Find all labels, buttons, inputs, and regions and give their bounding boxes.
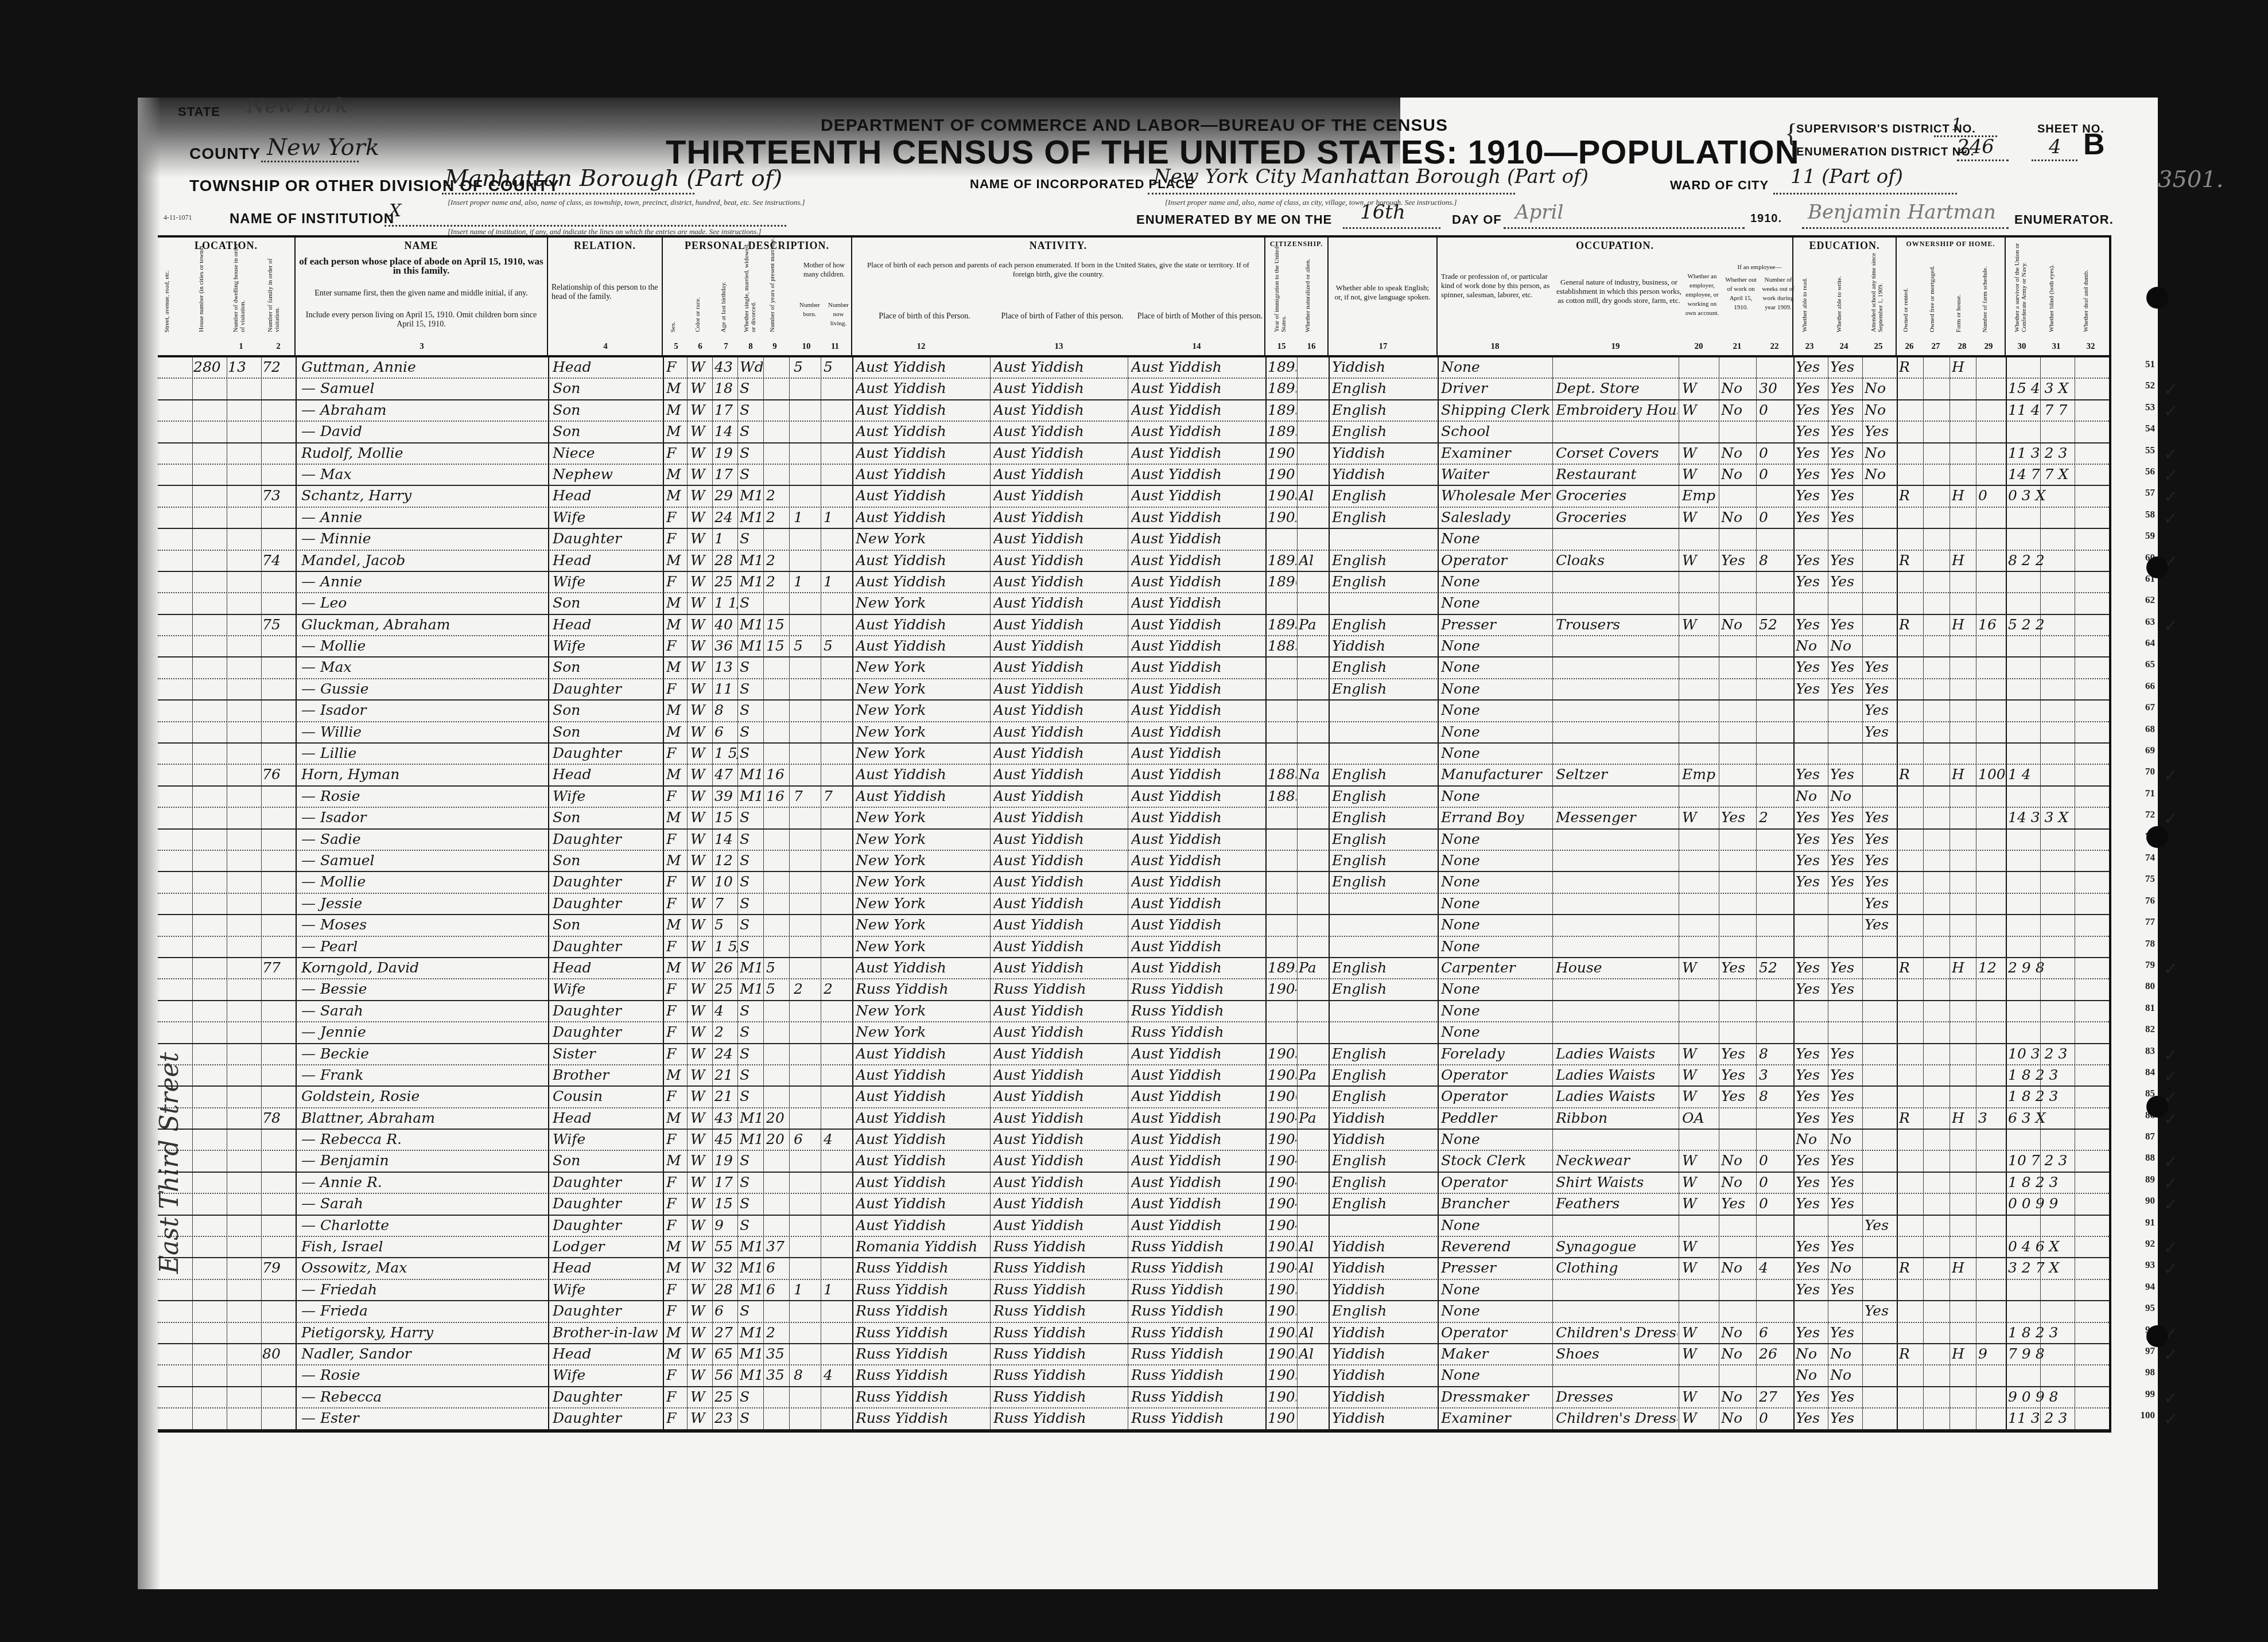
table-row: 73Schantz, HarryHeadMW29M12Aust YiddishA…	[158, 486, 2109, 507]
cell-natz: Al	[1299, 1324, 1327, 1341]
cell-name: Rudolf, Mollie	[301, 445, 545, 461]
enumerator-label: Enumerator.	[2014, 212, 2114, 227]
cell-sex: F	[666, 1088, 686, 1104]
cell-name: Goldstein, Rosie	[301, 1088, 545, 1104]
cell-emp: Emp	[1682, 766, 1718, 783]
cell-mother: Aust Yiddish	[1131, 509, 1264, 526]
cell-relation: Son	[553, 594, 662, 611]
table-row: — SarahDaughterFW4SNew YorkAust YiddishR…	[158, 1001, 2109, 1022]
cell-code: 1 8 2 3	[2008, 1067, 2108, 1083]
cell-mother: Aust Yiddish	[1131, 359, 1264, 375]
cell-industry: Dresses	[1556, 1388, 1677, 1405]
cell-immig: 1904	[1268, 1217, 1296, 1234]
check-mark-icon: ✓	[2164, 402, 2178, 422]
cell-own: R	[1899, 1259, 1922, 1276]
cell-read: Yes	[1796, 487, 1827, 504]
cell-birth: Aust Yiddish	[856, 1195, 989, 1212]
cell-immig: 1899	[1268, 423, 1296, 439]
cell-race: W	[690, 1367, 710, 1383]
cell-years-married: 6	[766, 1281, 789, 1298]
table-row: — MollieWifeFW36M11555Aust YiddishAust Y…	[158, 636, 2109, 657]
cell-immig: 1905	[1268, 1045, 1296, 1062]
cell-relation: Wife	[553, 788, 662, 804]
cell-age: 17	[714, 466, 737, 483]
cell-marital: S	[740, 1302, 763, 1319]
cell-mother: Aust Yiddish	[1131, 873, 1264, 890]
cell-industry: Messenger	[1556, 809, 1677, 826]
cell-mother: Russ Yiddish	[1131, 1388, 1264, 1405]
cell-birth: New York	[856, 895, 989, 912]
cell-birth: New York	[856, 530, 989, 547]
cell-race: W	[690, 1024, 710, 1040]
cell-occupation: Operator	[1441, 1088, 1551, 1104]
cell-language: Yiddish	[1332, 359, 1436, 375]
cell-birth: Aust Yiddish	[856, 1174, 989, 1190]
cell-birth: Russ Yiddish	[856, 1367, 989, 1383]
cell-occupation: Forelady	[1441, 1045, 1551, 1062]
cell-industry: Ribbon	[1556, 1110, 1677, 1126]
cell-marital: M1	[740, 959, 763, 976]
cell-father: Aust Yiddish	[993, 1174, 1127, 1190]
cell-immig: 1889	[1268, 788, 1296, 804]
cell-birth: Aust Yiddish	[856, 402, 989, 418]
cell-mother: Russ Yiddish	[1131, 1367, 1264, 1383]
cell-out-work: No	[1721, 1259, 1756, 1276]
cell-code: 0 0 9 9	[2008, 1195, 2108, 1212]
cell-code: 5 2 2	[2008, 616, 2108, 633]
cell-immig: 1904	[1268, 1259, 1296, 1276]
line-number: 81	[2145, 1002, 2155, 1014]
cell-age: 40	[714, 616, 737, 633]
cell-occupation: None	[1441, 895, 1551, 912]
cell-read: Yes	[1796, 1174, 1827, 1190]
cell-occupation: Examiner	[1441, 1410, 1551, 1426]
cell-occupation: Examiner	[1441, 445, 1551, 461]
line-number: 59	[2145, 530, 2155, 542]
cell-relation: Head	[553, 959, 662, 976]
cell-relation: Son	[553, 702, 662, 718]
cell-language: English	[1332, 423, 1436, 439]
line-number: 95	[2145, 1302, 2155, 1314]
cell-sex: F	[666, 1131, 686, 1147]
cell-relation: Daughter	[553, 1024, 662, 1040]
cell-relation: Head	[553, 1259, 662, 1276]
cell-immig: 1906	[1268, 1088, 1296, 1104]
cell-write: Yes	[1830, 1324, 1862, 1341]
cell-father: Russ Yiddish	[993, 1281, 1127, 1298]
cell-marital: M1	[740, 573, 763, 590]
cell-mother: Aust Yiddish	[1131, 1174, 1264, 1190]
cell-father: Aust Yiddish	[993, 637, 1127, 654]
cell-write: Yes	[1830, 1195, 1862, 1212]
cell-industry: Ladies Waists	[1556, 1045, 1677, 1062]
cell-mother: Aust Yiddish	[1131, 530, 1264, 547]
cell-write: Yes	[1830, 1045, 1862, 1062]
cell-occupation: None	[1441, 1024, 1551, 1040]
table-row: 74Mandel, JacobHeadMW28M12Aust YiddishAu…	[158, 551, 2109, 572]
cell-sex: M	[666, 402, 686, 418]
cell-race: W	[690, 916, 710, 933]
cell-birth: New York	[856, 873, 989, 890]
cell-race: W	[690, 1174, 710, 1190]
cell-birth: Aust Yiddish	[856, 766, 989, 783]
cell-code: 11 3 2 3	[2008, 445, 2108, 461]
ed-value: 246	[1957, 135, 1994, 158]
cell-birth: Russ Yiddish	[856, 1259, 989, 1276]
cell-age: 24	[714, 509, 737, 526]
cell-age: 23	[714, 1410, 737, 1426]
cell-years-married: 20	[766, 1131, 789, 1147]
cell-relation: Wife	[553, 573, 662, 590]
cell-marital: M1	[740, 487, 763, 504]
cell-language: Yiddish	[1332, 1281, 1436, 1298]
cell-sex: M	[666, 1110, 686, 1126]
line-number: 99	[2145, 1388, 2155, 1400]
cell-race: W	[690, 702, 710, 718]
cell-relation: Wife	[553, 980, 662, 997]
cell-race: W	[690, 1131, 710, 1147]
cell-marital: S	[740, 1002, 763, 1019]
cell-school: Yes	[1865, 680, 1896, 697]
cell-sex: F	[666, 1174, 686, 1190]
cell-age: 14	[714, 423, 737, 439]
cell-sex: F	[666, 1217, 686, 1234]
cell-weeks: 30	[1759, 380, 1792, 396]
cell-occupation: None	[1441, 1217, 1551, 1234]
cell-language: English	[1332, 552, 1436, 569]
cell-school: Yes	[1865, 895, 1896, 912]
table-row: 76Horn, HymanHeadMW47M116Aust YiddishAus…	[158, 765, 2109, 786]
cell-weeks: 8	[1759, 1045, 1792, 1062]
cell-living: 1	[824, 1281, 849, 1298]
line-number: 79	[2145, 959, 2155, 971]
cell-write: Yes	[1830, 1281, 1862, 1298]
cell-name: — Max	[301, 659, 545, 675]
cell-age: 17	[714, 1174, 737, 1190]
cell-marital: S	[740, 530, 763, 547]
cell-relation: Brother	[553, 1067, 662, 1083]
cell-immig: 1907	[1268, 466, 1296, 483]
cell-relation: Daughter	[553, 1302, 662, 1319]
institution-line	[385, 225, 786, 227]
cell-sched: 16	[1978, 616, 2005, 633]
line-number: 83	[2145, 1045, 2155, 1057]
header-name: NAME of each person whose place of abode…	[296, 238, 548, 355]
cell-sex: F	[666, 445, 686, 461]
cell-relation: Brother-in-law	[553, 1324, 662, 1341]
cell-race: W	[690, 1259, 710, 1276]
county-label: County	[189, 145, 261, 163]
cell-occupation: None	[1441, 659, 1551, 675]
cell-name: — Abraham	[301, 402, 545, 418]
cell-weeks: 3	[1759, 1067, 1792, 1083]
cell-sex: F	[666, 831, 686, 847]
cell-marital: S	[740, 1067, 763, 1083]
cell-father: Aust Yiddish	[993, 852, 1127, 869]
table-row: — AnnieWifeFW24M1211Aust YiddishAust Yid…	[158, 508, 2109, 529]
cell-write: Yes	[1830, 573, 1862, 590]
cell-read: Yes	[1796, 1410, 1827, 1426]
cell-birth: New York	[856, 938, 989, 955]
cell-birth: New York	[856, 1024, 989, 1040]
cell-natz: Al	[1299, 1259, 1327, 1276]
cell-relation: Head	[553, 1110, 662, 1126]
cell-write: Yes	[1830, 680, 1862, 697]
cell-mother: Aust Yiddish	[1131, 809, 1264, 826]
table-row: 75Gluckman, AbrahamHeadMW40M115Aust Yidd…	[158, 615, 2109, 636]
cell-marital: M1	[740, 509, 763, 526]
cell-school: Yes	[1865, 659, 1896, 675]
cell-name: Pietigorsky, Harry	[301, 1324, 545, 1341]
cell-father: Aust Yiddish	[993, 916, 1127, 933]
cell-language: English	[1332, 766, 1436, 783]
ward-line	[1773, 193, 1957, 194]
cell-marital: M1	[740, 1367, 763, 1383]
table-row: Rudolf, MollieNieceFW19SAust YiddishAust…	[158, 443, 2109, 465]
cell-code: 1 8 2 3	[2008, 1088, 2108, 1104]
line-number: 71	[2145, 788, 2155, 799]
table-row: — FriedaDaughterFW6SRuss YiddishRuss Yid…	[158, 1301, 2109, 1322]
cell-race: W	[690, 1045, 710, 1062]
cell-birth: Aust Yiddish	[856, 1152, 989, 1169]
cell-name: — Rebecca	[301, 1388, 545, 1405]
cell-read: Yes	[1796, 873, 1827, 890]
cell-name: — Jennie	[301, 1024, 545, 1040]
cell-family: 76	[262, 766, 294, 783]
check-mark-icon: ✓	[2164, 1388, 2178, 1408]
cell-write: No	[1830, 1259, 1862, 1276]
check-mark-icon: ✓	[2164, 1259, 2178, 1279]
cell-marital: S	[740, 895, 763, 912]
cell-father: Aust Yiddish	[993, 895, 1127, 912]
cell-read: Yes	[1796, 573, 1827, 590]
cell-immig: 1904	[1268, 1174, 1296, 1190]
table-row: Pietigorsky, HarryBrother-in-lawMW27M12R…	[158, 1323, 2109, 1344]
cell-weeks: 0	[1759, 445, 1792, 461]
cell-immig: 1902	[1268, 509, 1296, 526]
line-number: 55	[2145, 445, 2155, 456]
cell-mother: Aust Yiddish	[1131, 594, 1264, 611]
cell-race: W	[690, 1281, 710, 1298]
cell-out-work: No	[1721, 1152, 1756, 1169]
cell-read: Yes	[1796, 680, 1827, 697]
cell-age: 18	[714, 380, 737, 396]
table-row: — MinnieDaughterFW1SNew YorkAust Yiddish…	[158, 529, 2109, 550]
cell-name: Guttman, Annie	[301, 359, 545, 375]
cell-read: No	[1796, 1345, 1827, 1362]
cell-mother: Aust Yiddish	[1131, 423, 1264, 439]
table-body: 2801372Guttman, AnnieHeadFW43Wd55Aust Yi…	[158, 357, 2109, 1430]
table-row: — PearlDaughterFW1 5/12SNew YorkAust Yid…	[158, 937, 2109, 958]
cell-language: English	[1332, 573, 1436, 590]
cell-occupation: None	[1441, 852, 1551, 869]
cell-relation: Daughter	[553, 873, 662, 890]
cell-age: 24	[714, 1045, 737, 1062]
cell-marital: S	[740, 1174, 763, 1190]
cell-read: Yes	[1796, 959, 1827, 976]
cell-write: No	[1830, 1131, 1862, 1147]
cell-relation: Son	[553, 852, 662, 869]
table-row: — IsadorSonMW8SNew YorkAust YiddishAust …	[158, 701, 2109, 722]
cell-age: 55	[714, 1238, 737, 1255]
cell-birth: Russ Yiddish	[856, 1302, 989, 1319]
cell-weeks: 8	[1759, 1088, 1792, 1104]
cell-emp: W	[1682, 1067, 1718, 1083]
header-occupation: OCCUPATION. Trade or profession of, or p…	[1438, 238, 1793, 355]
cell-emp: W	[1682, 552, 1718, 569]
cell-code: 0 3 X	[2008, 487, 2108, 504]
table-row: — FriedahWifeFW28M1611Russ YiddishRuss Y…	[158, 1280, 2109, 1301]
cell-farm: H	[1952, 959, 1975, 976]
cell-mother: Aust Yiddish	[1131, 723, 1264, 740]
cell-industry: Shirt Waists	[1556, 1174, 1677, 1190]
cell-born: 1	[794, 573, 817, 590]
cell-relation: Daughter	[553, 680, 662, 697]
cell-race: W	[690, 1388, 710, 1405]
cell-father: Aust Yiddish	[993, 530, 1127, 547]
cell-relation: Daughter	[553, 1217, 662, 1234]
cell-write: Yes	[1830, 1110, 1862, 1126]
cell-sex: F	[666, 873, 686, 890]
cell-marital: S	[740, 916, 763, 933]
cell-occupation: None	[1441, 788, 1551, 804]
cell-immig: 1899	[1268, 959, 1296, 976]
cell-school: No	[1865, 402, 1896, 418]
cell-sex: M	[666, 616, 686, 633]
cell-occupation: Carpenter	[1441, 959, 1551, 976]
cell-emp: W	[1682, 809, 1718, 826]
cell-language: English	[1332, 788, 1436, 804]
month-line	[1504, 227, 1745, 229]
cell-mother: Aust Yiddish	[1131, 1217, 1264, 1234]
cell-read: No	[1796, 637, 1827, 654]
table-row: Goldstein, RosieCousinFW21SAust YiddishA…	[158, 1087, 2109, 1108]
cell-age: 5	[714, 916, 737, 933]
cell-marital: M1	[740, 552, 763, 569]
cell-read: Yes	[1796, 852, 1827, 869]
cell-write: Yes	[1830, 873, 1862, 890]
cell-marital: S	[740, 745, 763, 761]
line-number: 66	[2145, 680, 2155, 692]
cell-years-married: 5	[766, 980, 789, 997]
cell-father: Aust Yiddish	[993, 766, 1127, 783]
cell-name: Gluckman, Abraham	[301, 616, 545, 633]
cell-relation: Head	[553, 766, 662, 783]
cell-race: W	[690, 445, 710, 461]
cell-mother: Aust Yiddish	[1131, 680, 1264, 697]
cell-father: Aust Yiddish	[993, 659, 1127, 675]
cell-immig: 1903	[1268, 487, 1296, 504]
cell-years-married: 2	[766, 1324, 789, 1341]
check-mark-icon: ✓	[2164, 616, 2178, 636]
cell-born: 1	[794, 1281, 817, 1298]
cell-relation: Sister	[553, 1045, 662, 1062]
cell-sex: M	[666, 466, 686, 483]
cell-occupation: Dressmaker	[1441, 1388, 1551, 1405]
year-label: 1910.	[1750, 212, 1782, 225]
cell-out-work: No	[1721, 1410, 1756, 1426]
cell-language: English	[1332, 1302, 1436, 1319]
cell-age: 1 5/12	[714, 938, 737, 955]
cell-marital: S	[740, 466, 763, 483]
cell-weeks: 0	[1759, 1195, 1792, 1212]
cell-weeks: 6	[1759, 1324, 1792, 1341]
cell-birth: New York	[856, 745, 989, 761]
cell-write: Yes	[1830, 380, 1862, 396]
cell-write: No	[1830, 637, 1862, 654]
cell-immig: 1909	[1268, 1324, 1296, 1341]
check-mark-icon: ✓	[2164, 380, 2178, 400]
cell-write: Yes	[1830, 466, 1862, 483]
cell-marital: M1	[740, 1324, 763, 1341]
cell-name: — Annie	[301, 573, 545, 590]
line-number: 51	[2145, 359, 2155, 370]
cell-occupation: Operator	[1441, 552, 1551, 569]
cell-language: English	[1332, 1152, 1436, 1169]
cell-name: — David	[301, 423, 545, 439]
cell-occupation: None	[1441, 938, 1551, 955]
cell-sex: F	[666, 1367, 686, 1383]
cell-father: Russ Yiddish	[993, 1367, 1127, 1383]
cell-born: 2	[794, 980, 817, 997]
cell-name: — Frank	[301, 1067, 545, 1083]
cell-race: W	[690, 1195, 710, 1212]
cell-age: 43	[714, 359, 737, 375]
cell-name: — Mollie	[301, 637, 545, 654]
cell-write: Yes	[1830, 1410, 1862, 1426]
cell-marital: M1	[740, 1281, 763, 1298]
cell-name: — Sadie	[301, 831, 545, 847]
cell-relation: Daughter	[553, 938, 662, 955]
cell-birth: Aust Yiddish	[856, 616, 989, 633]
line-number: 92	[2145, 1238, 2155, 1250]
cell-natz: Na	[1299, 766, 1327, 783]
cell-read: Yes	[1796, 980, 1827, 997]
cell-marital: S	[740, 852, 763, 869]
enumerator-line	[1802, 227, 2009, 229]
cell-marital: S	[740, 1045, 763, 1062]
cell-age: 11	[714, 680, 737, 697]
institution-value: X	[389, 201, 401, 221]
cell-language: English	[1332, 959, 1436, 976]
cell-marital: S	[740, 831, 763, 847]
cell-father: Aust Yiddish	[993, 1131, 1127, 1147]
cell-relation: Head	[553, 1345, 662, 1362]
table-row: — MaxSonMW13SNew YorkAust YiddishAust Yi…	[158, 657, 2109, 679]
cell-write: Yes	[1830, 445, 1862, 461]
cell-birth: Russ Yiddish	[856, 1388, 989, 1405]
cell-mother: Russ Yiddish	[1131, 1324, 1264, 1341]
cell-school: Yes	[1865, 423, 1896, 439]
cell-relation: Head	[553, 552, 662, 569]
table-row: 79Ossowitz, MaxHeadMW32M16Russ YiddishRu…	[158, 1258, 2109, 1279]
cell-years-married: 2	[766, 552, 789, 569]
cell-father: Aust Yiddish	[993, 680, 1127, 697]
cell-name: — Rosie	[301, 788, 545, 804]
cell-occupation: None	[1441, 680, 1551, 697]
cell-immig: 1899	[1268, 380, 1296, 396]
cell-weeks: 2	[1759, 809, 1792, 826]
cell-code: 15 4 3 X	[2008, 380, 2108, 396]
cell-write: Yes	[1830, 766, 1862, 783]
cell-race: W	[690, 616, 710, 633]
cell-race: W	[690, 1088, 710, 1104]
cell-occupation: None	[1441, 831, 1551, 847]
check-mark-icon: ✓	[2164, 959, 2178, 979]
cell-immig: 1904	[1268, 1152, 1296, 1169]
cell-years-married: 6	[766, 1259, 789, 1276]
cell-age: 19	[714, 1152, 737, 1169]
